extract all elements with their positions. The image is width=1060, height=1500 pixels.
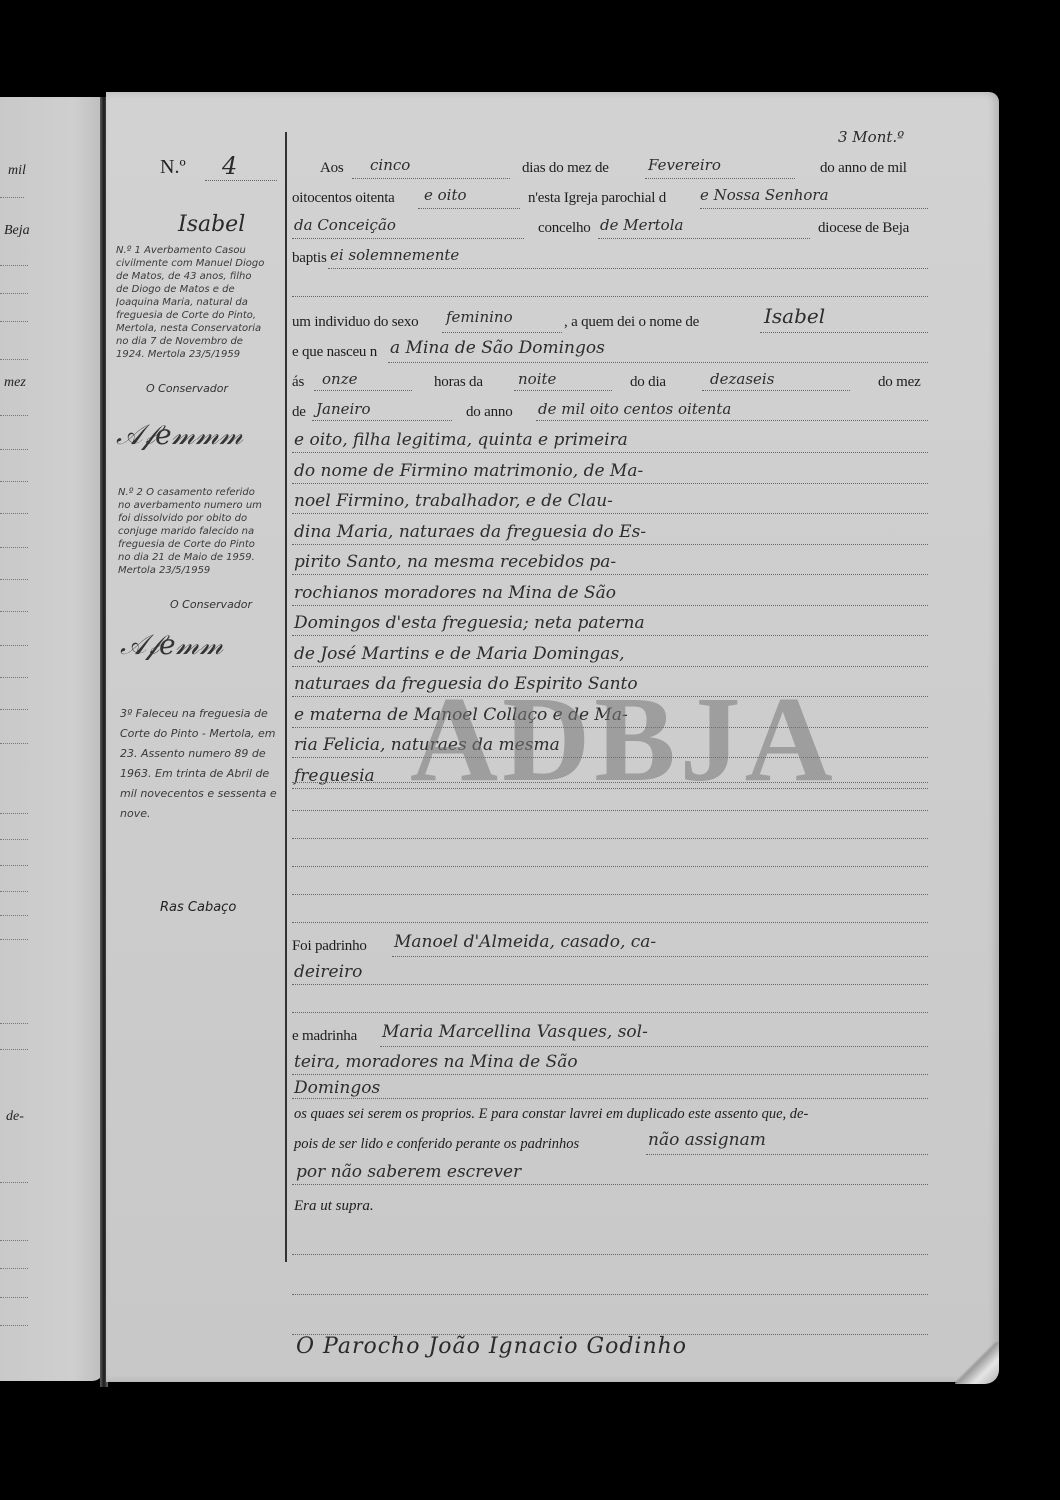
- left-page-rule: [0, 1268, 28, 1269]
- handwritten-fill-name: Isabel: [764, 304, 825, 328]
- left-page-rule: [0, 293, 28, 294]
- filiation-line: do nome de Firmino matrimonio, de Ma-: [294, 461, 643, 481]
- margin-rule: [285, 132, 287, 1262]
- entry-number-label: N.º: [160, 156, 186, 179]
- filiation-line: noel Firmino, trabalhador, e de Clau-: [294, 491, 613, 511]
- handwritten-fill-birth-month: Janeiro: [316, 400, 371, 418]
- fill-rule: [418, 208, 520, 209]
- left-page-rule: [0, 321, 28, 322]
- left-page-rule: [0, 415, 28, 416]
- fill-rule: [292, 666, 928, 667]
- fill-rule: [645, 178, 795, 179]
- conservator-signature-2: 𝒜𝒻𝑒𝓂𝓂: [120, 628, 223, 662]
- printed-text: um individuo do sexo: [292, 314, 418, 331]
- printed-text: concelho: [538, 220, 591, 237]
- left-page-rule: [0, 677, 28, 678]
- godmother-residence-2: Domingos: [294, 1078, 380, 1098]
- godmother-label: e madrinha: [292, 1028, 357, 1045]
- handwritten-fill-parish: e Nossa Senhora: [700, 186, 829, 204]
- entry-number: 4: [222, 152, 237, 180]
- fill-rule: [292, 635, 928, 636]
- fill-rule: [292, 788, 928, 789]
- left-page-rule: [0, 839, 28, 840]
- filiation-line: rochianos moradores na Mina de São: [294, 583, 616, 603]
- handwritten-fill-birth-year: de mil oito centos oitenta: [538, 400, 731, 418]
- left-page-rule: [0, 813, 28, 814]
- handwritten-fill-sex: feminino: [446, 308, 513, 326]
- era-ut-supra: Era ut supra.: [294, 1198, 374, 1215]
- fill-rule: [292, 696, 928, 697]
- fill-rule: [292, 1098, 928, 1099]
- blank-rule: [292, 1294, 928, 1295]
- left-page-rule: [0, 1325, 28, 1326]
- printed-text: , a quem dei o nome de: [564, 314, 699, 331]
- blank-rule: [292, 922, 928, 923]
- filiation-line: pirito Santo, na mesma recebidos pa-: [294, 552, 616, 572]
- fill-rule: [514, 390, 612, 391]
- godfather-name: Manoel d'Almeida, casado, ca-: [394, 932, 656, 952]
- godmother-residence: teira, moradores na Mina de São: [294, 1052, 578, 1072]
- handwritten-fill-concelho: de Mertola: [600, 216, 683, 234]
- fill-rule: [380, 1046, 928, 1047]
- printed-text: oitocentos oitenta: [292, 190, 395, 207]
- handwritten-fill-signature-note: não assignam: [648, 1130, 766, 1150]
- left-page-word: de-: [6, 1109, 24, 1125]
- fill-rule: [598, 238, 810, 239]
- printed-text: de: [292, 404, 306, 421]
- blank-rule: [292, 866, 928, 867]
- left-page-rule: [0, 611, 28, 612]
- godfather-label: Foi padrinho: [292, 938, 367, 955]
- blank-rule: [292, 894, 928, 895]
- printed-text: diocese de Beja: [818, 220, 909, 237]
- left-page-rule: [0, 1023, 28, 1024]
- blank-rule: [292, 810, 928, 811]
- fill-rule: [442, 332, 562, 333]
- left-page-rule: [0, 915, 28, 916]
- fill-rule: [292, 574, 928, 575]
- printed-text: baptis: [292, 250, 327, 267]
- left-page-rule: [0, 449, 28, 450]
- blank-rule: [292, 1254, 928, 1255]
- left-page-rule: [0, 1240, 28, 1241]
- left-page-rule: [0, 265, 28, 266]
- handwritten-fill-day: cinco: [370, 156, 410, 174]
- fill-rule: [292, 757, 928, 758]
- left-page-rule: [0, 743, 28, 744]
- fill-rule: [292, 727, 928, 728]
- printed-text: horas da: [434, 374, 483, 391]
- left-page-word: Beja: [4, 223, 30, 239]
- handwritten-fill-reason: por não saberem escrever: [296, 1162, 521, 1182]
- godmother-name: Maria Marcellina Vasques, sol-: [382, 1022, 648, 1042]
- printed-text: do anno: [466, 404, 513, 421]
- filiation-line: Domingos d'esta freguesia; neta paterna: [294, 613, 645, 633]
- previous-page: mil Beja mez de-: [0, 97, 104, 1381]
- left-page-rule: [0, 709, 28, 710]
- left-page-rule: [0, 197, 24, 198]
- closing-text: os quaes sei serem os proprios. E para c…: [294, 1106, 808, 1123]
- closing-text: pois de ser lido e conferido perante os …: [294, 1136, 579, 1153]
- fill-rule: [536, 420, 928, 421]
- fill-rule: [352, 178, 510, 179]
- fill-rule: [292, 984, 928, 985]
- conservator-label: O Conservador: [146, 382, 228, 395]
- fill-rule: [388, 362, 928, 363]
- handwritten-fill-month: Fevereiro: [648, 156, 721, 174]
- filiation-line: dina Maria, naturaes da freguesia do Es-: [294, 522, 646, 542]
- handwritten-fill-birth-day: dezaseis: [710, 370, 774, 388]
- printed-text: do anno de mil: [820, 160, 907, 177]
- blank-rule: [292, 1012, 928, 1013]
- filiation-line: e oito, filha legitima, quinta e primeir…: [294, 430, 628, 450]
- fill-rule: [702, 390, 850, 391]
- fill-rule: [312, 420, 452, 421]
- fill-rule: [760, 332, 928, 333]
- left-page-word: mez: [4, 375, 26, 391]
- printed-text: do mez: [878, 374, 921, 391]
- fill-rule: [646, 1154, 928, 1155]
- printed-text: ás: [292, 374, 304, 391]
- priest-signature: O Parocho João Ignacio Godinho: [296, 1334, 687, 1359]
- handwritten-fill-birthplace: a Mina de São Domingos: [390, 338, 605, 358]
- fill-rule: [328, 268, 928, 269]
- fill-rule: [314, 390, 412, 391]
- printed-text: e que nasceu n: [292, 344, 377, 361]
- conservator-label: O Conservador: [170, 598, 252, 611]
- fill-rule: [292, 483, 928, 484]
- left-page-rule: [0, 1182, 28, 1183]
- handwritten-fill-hour: onze: [322, 370, 357, 388]
- left-page-rule: [0, 547, 28, 548]
- handwritten-fill-baptism: ei solemnemente: [330, 246, 459, 264]
- printed-text: dias do mez de: [522, 160, 609, 177]
- left-page-word: mil: [8, 163, 26, 179]
- left-page-rule: [0, 513, 28, 514]
- fill-rule: [292, 544, 928, 545]
- godfather-occupation: deireiro: [294, 962, 362, 982]
- fill-rule: [292, 513, 928, 514]
- conservator-signature-1: 𝒜𝒻𝑒𝓂𝓂𝓂: [116, 418, 243, 452]
- left-page-rule: [0, 891, 28, 892]
- left-page-rule: [0, 579, 28, 580]
- page-corner-curl: [955, 1342, 999, 1384]
- filiation-line: ria Felicia, naturaes da mesma: [294, 735, 560, 755]
- printed-text: n'esta Igreja parochial d: [528, 190, 666, 207]
- registrar-signature: Ras Cabaço: [160, 900, 236, 915]
- fill-rule: [292, 1184, 928, 1185]
- top-right-note: 3 Mont.º: [838, 128, 904, 146]
- number-rule: [205, 180, 277, 181]
- left-page-rule: [0, 1297, 28, 1298]
- margin-note-3: 3º Faleceu na freguesia de Corte do Pint…: [120, 704, 280, 884]
- filiation-line: naturaes da freguesia do Espirito Santo: [294, 674, 638, 694]
- filiation-line: de José Martins e de Maria Domingas,: [294, 644, 625, 664]
- left-page-rule: [0, 1049, 28, 1050]
- blank-rule: [292, 782, 928, 783]
- handwritten-fill-parish-2: da Conceição: [294, 216, 396, 234]
- printed-text: Aos: [320, 160, 344, 177]
- fill-rule: [700, 208, 928, 209]
- left-page-rule: [0, 481, 28, 482]
- blank-rule: [292, 296, 928, 297]
- margin-note-2: N.º 2 O casamento referido no averbament…: [118, 486, 268, 596]
- handwritten-fill-year: e oito: [424, 186, 467, 204]
- filiation-line: e materna de Manoel Collaço e de Ma-: [294, 705, 628, 725]
- blank-rule: [292, 838, 928, 839]
- left-page-rule: [0, 939, 28, 940]
- printed-text: do dia: [630, 374, 666, 391]
- left-page-rule: [0, 359, 28, 360]
- margin-note-1: N.º 1 Averbamento Casou civilmente com M…: [116, 244, 266, 384]
- left-page-rule: [0, 645, 28, 646]
- fill-rule: [292, 452, 928, 453]
- handwritten-fill-period: noite: [518, 370, 556, 388]
- fill-rule: [292, 238, 524, 239]
- left-page-rule: [0, 865, 28, 866]
- fill-rule: [292, 605, 928, 606]
- fill-rule: [292, 1074, 928, 1075]
- fill-rule: [392, 956, 928, 957]
- margin-name: Isabel: [178, 212, 245, 237]
